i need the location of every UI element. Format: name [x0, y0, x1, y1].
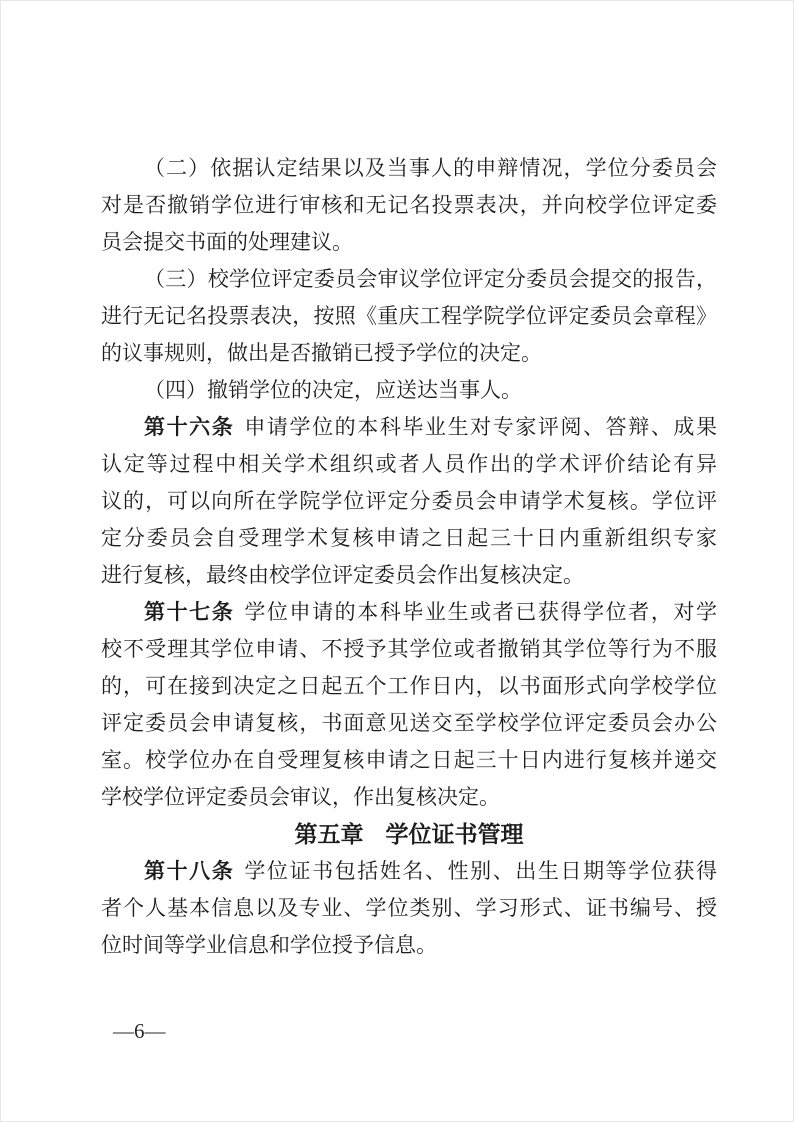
text-line: 的议事规则，做出是否撤销已授予学位的决定。 [101, 335, 717, 372]
text-line: 进行复核，最终由校学位评定委员会作出复核决定。 [101, 557, 717, 594]
text-line: 者个人基本信息以及专业、学位类别、学习形式、证书编号、授 [101, 890, 717, 927]
text-line: 员会提交书面的处理建议。 [101, 224, 717, 261]
text-line: （四）撤销学位的决定，应送达当事人。 [101, 372, 717, 409]
text-line: 第十七条学位申请的本科毕业生或者已获得学位者，对学 [101, 594, 717, 631]
article-16-text: 申请学位的本科毕业生对专家评阅、答辩、成果 [244, 415, 717, 439]
text-line: 第十八条学位证书包括姓名、性别、出生日期等学位获得 [101, 853, 717, 890]
text-line: 校不受理其学位申请、不授予其学位或者撤销其学位等行为不服 [101, 631, 717, 668]
text-line: 学校学位评定委员会审议，作出复核决定。 [101, 779, 717, 816]
article-16-label: 第十六条 [144, 416, 234, 439]
page-footer: —6— [113, 1017, 166, 1045]
text-line: （三）校学位评定委员会审议学位评定分委员会提交的报告， [101, 261, 717, 298]
article-18-text: 学位证书包括姓名、性别、出生日期等学位获得 [244, 859, 717, 883]
text-line: （二）依据认定结果以及当事人的申辩情况，学位分委员会 [101, 150, 717, 187]
article-17-text: 学位申请的本科毕业生或者已获得学位者，对学 [244, 600, 717, 624]
document-body: （二）依据认定结果以及当事人的申辩情况，学位分委员会 对是否撤销学位进行审核和无… [101, 150, 717, 964]
page-number: —6— [113, 1019, 166, 1043]
text-line: 进行无记名投票表决，按照《重庆工程学院学位评定委员会章程》 [101, 298, 717, 335]
text-line: 室。校学位办在自受理复核申请之日起三十日内进行复核并递交 [101, 742, 717, 779]
text-line: 议的，可以向所在学院学位评定分委员会申请学术复核。学位评 [101, 483, 717, 520]
text-line: 评定委员会申请复核，书面意见送交至学校学位评定委员会办公 [101, 705, 717, 742]
chapter-number: 第五章 [295, 821, 364, 847]
text-line: 定分委员会自受理学术复核申请之日起三十日内重新组织专家 [101, 520, 717, 557]
text-line: 对是否撤销学位进行审核和无记名投票表决，并向校学位评定委 [101, 187, 717, 224]
document-page: （二）依据认定结果以及当事人的申辩情况，学位分委员会 对是否撤销学位进行审核和无… [0, 0, 794, 1122]
chapter-title: 学位证书管理 [386, 821, 524, 847]
text-line: 认定等过程中相关学术组织或者人员作出的学术评价结论有异 [101, 446, 717, 483]
text-line: 位时间等学业信息和学位授予信息。 [101, 927, 717, 964]
article-17-label: 第十七条 [144, 601, 234, 624]
text-line: 第十六条申请学位的本科毕业生对专家评阅、答辩、成果 [101, 409, 717, 446]
text-line: 的，可在接到决定之日起五个工作日内，以书面形式向学校学位 [101, 668, 717, 705]
chapter-heading: 第五章学位证书管理 [101, 816, 717, 853]
article-18-label: 第十八条 [144, 860, 234, 883]
